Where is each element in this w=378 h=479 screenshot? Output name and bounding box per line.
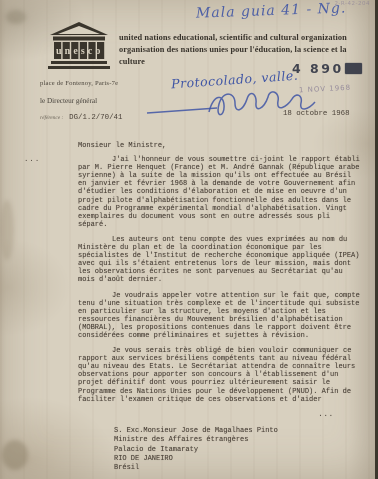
recipient-line: Ministre des Affaires étrangères	[114, 436, 362, 445]
letter-body: Monsieur le Ministre, J'ai l'honneur de …	[78, 142, 362, 474]
margin-continuation-mark: ...	[24, 156, 40, 164]
salutation: Monsieur le Ministre,	[78, 142, 362, 150]
recipient-address-block: S. Exc.Monsieur Jose de Magalhaes Pinto …	[114, 427, 362, 474]
recipient-line: RIO DE JANEIRO	[114, 455, 362, 464]
paragraph: Je voudrais appeler votre attention sur …	[78, 292, 362, 341]
top-handwriting-note: Mala guia 41 - Ng.	[196, 0, 347, 21]
paper-smudge	[2, 440, 28, 470]
scanned-letter-page: Mala guia 41 - Ng. 2-R-42-204 unesco uni…	[0, 0, 378, 479]
letterhead-address: place de Fontenoy, Paris-7e	[40, 80, 118, 87]
unesco-logo: unesco	[48, 22, 110, 74]
paragraph: J'ai l'honneur de vous soumettre ci-join…	[78, 156, 362, 229]
corner-code-annotation: 2-R-42-204	[334, 1, 370, 7]
registry-number-stamp: 4 890	[292, 61, 362, 76]
continuation-mark: ...	[78, 411, 362, 419]
unesco-logo-letters: unesco	[56, 46, 104, 57]
paper-smudge	[6, 10, 26, 24]
letter-date: 18 octobre 1968	[283, 110, 350, 118]
paragraph: Les auteurs ont tenu compte des vues exp…	[78, 236, 362, 285]
reference-label: référence :	[40, 115, 63, 121]
recipient-line: S. Exc.Monsieur Jose de Magalhaes Pinto	[114, 427, 362, 436]
paper-smudge	[0, 200, 14, 260]
org-name-english: united nations educational, scientific a…	[119, 32, 365, 44]
reference-value: DG/1.2/70/41	[69, 114, 122, 122]
reference-row: référence : DG/1.2/70/41	[40, 112, 122, 122]
paragraph: Je vous serais très obligé de bien voulo…	[78, 347, 362, 404]
registry-number: 4 890	[292, 61, 344, 76]
sender-title: le Directeur général	[40, 97, 97, 105]
recipient-line: Brésil	[114, 464, 362, 473]
ink-blob	[345, 63, 362, 74]
recipient-line: Palacio de Itamaraty	[114, 446, 362, 455]
